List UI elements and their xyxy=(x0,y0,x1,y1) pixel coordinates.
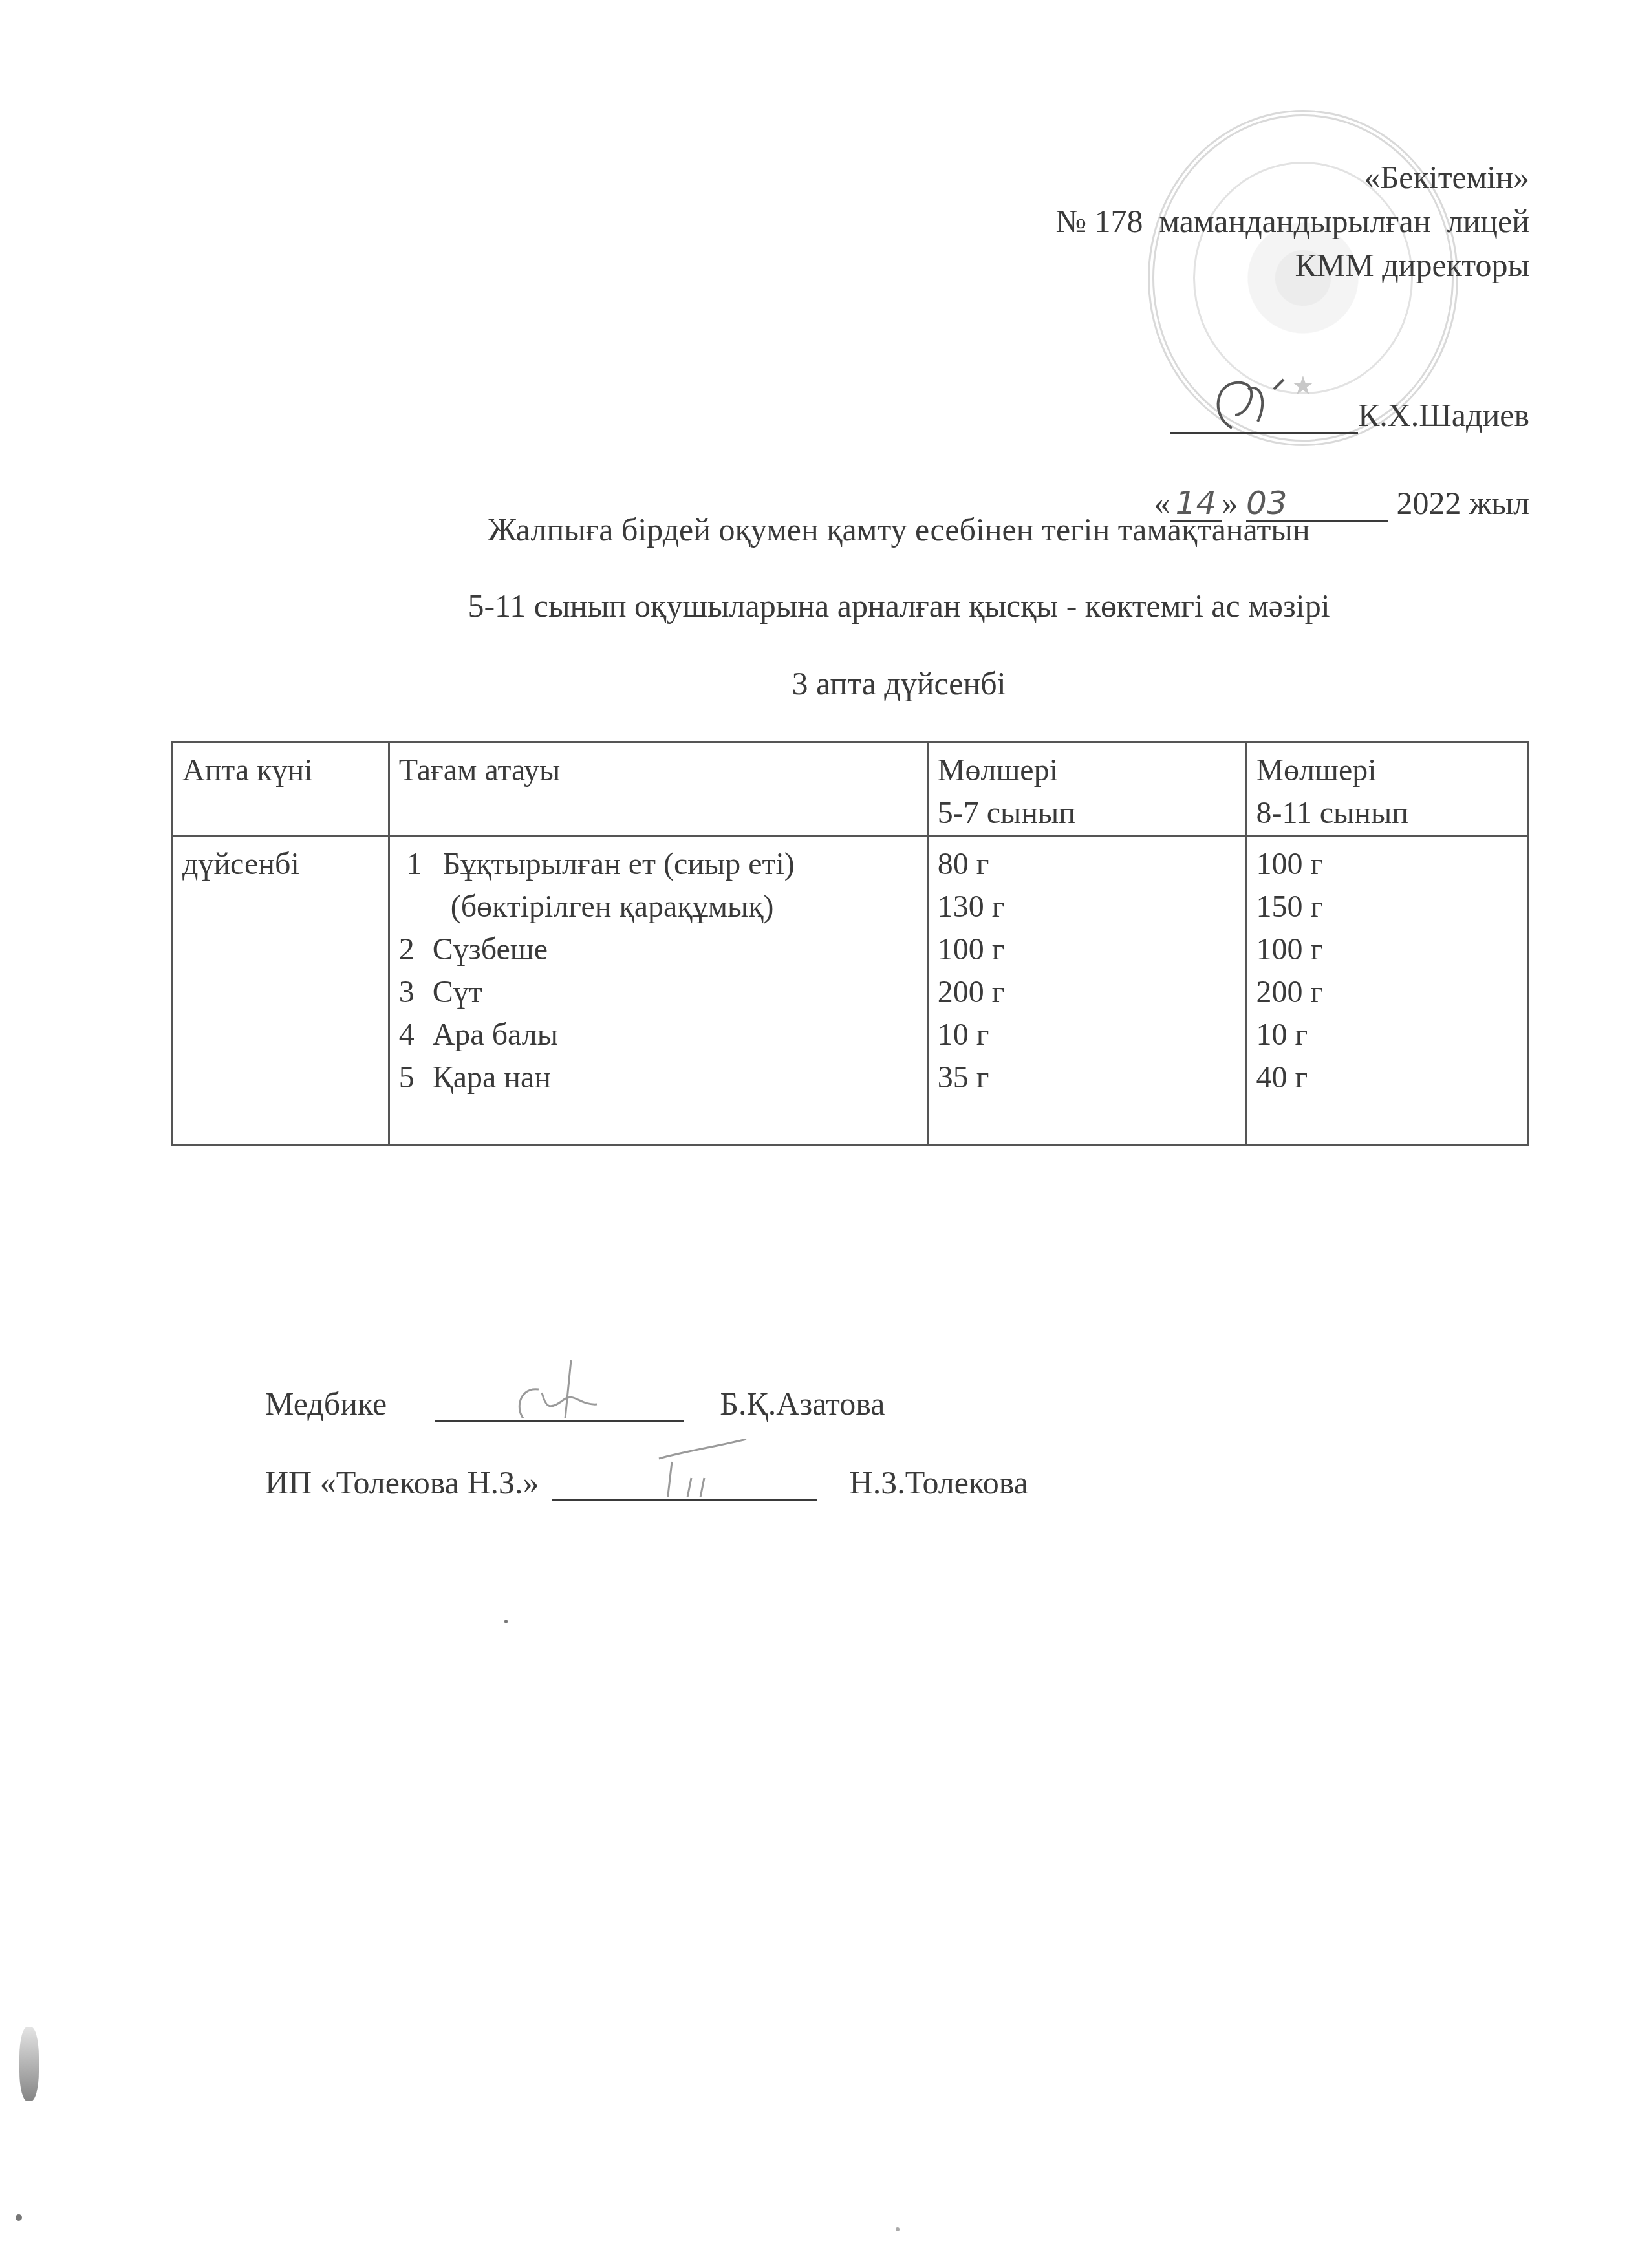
signature-line xyxy=(435,1384,684,1422)
director-position: КММ директоры xyxy=(1055,243,1529,287)
signature-scribble-icon xyxy=(1170,376,1358,434)
signature-scribble-icon xyxy=(552,1439,817,1497)
date-year: 2022 жыл xyxy=(1396,485,1529,521)
cell-day: дүйсенбі xyxy=(173,836,389,1145)
signer-name: Б.Қ.Азатова xyxy=(720,1385,885,1422)
dish-item: 2Сүзбеше xyxy=(399,928,918,971)
dish-item-note: (бөктірілген қарақұмық) xyxy=(399,886,918,928)
date-month: 03 xyxy=(1246,486,1388,522)
approval-block: «Бекітемін» № 178 мамандандырылған лицей… xyxy=(1055,155,1529,525)
approved-label: «Бекітемін» xyxy=(1055,155,1529,199)
header-dish: Тағам атауы xyxy=(389,742,927,836)
title-line-2: 5-11 сынып оқушыларына арналған қысқы - … xyxy=(0,587,1649,625)
signature-scribble-icon xyxy=(435,1360,684,1418)
signer-role: Медбике xyxy=(265,1385,387,1422)
table-row: дүйсенбі 1Бұқтырылған ет (сиыр еті) (бөк… xyxy=(173,836,1529,1145)
dish-item: 4Ара балы xyxy=(399,1014,918,1056)
table-header-row: Апта күні Тағам атауы Мөлшері 5-7 сынып … xyxy=(173,742,1529,836)
dish-item: 1Бұқтырылған ет (сиыр еті) xyxy=(399,843,918,886)
approval-date: «14» 03 2022 жыл xyxy=(1055,481,1529,525)
director-signature-line: К.Х.Шадиев xyxy=(1055,287,1529,481)
header-qty-5-7: Мөлшері 5-7 сынып xyxy=(927,742,1246,836)
signer-name: Н.З.Толекова xyxy=(850,1464,1028,1501)
title-line-3: 3 апта дүйсенбі xyxy=(0,665,1649,702)
date-day: 14 xyxy=(1170,486,1222,522)
director-name: К.Х.Шадиев xyxy=(1358,397,1529,433)
scan-artifact xyxy=(16,2214,22,2221)
scan-artifact xyxy=(896,2227,900,2231)
scan-artifact xyxy=(504,1620,508,1623)
cell-qty-8-11: 100 г 150 г 100 г 200 г 10 г 40 г xyxy=(1246,836,1529,1145)
dish-item: 3Сүт xyxy=(399,971,918,1014)
scan-artifact xyxy=(19,2027,39,2101)
institution-name: № 178 мамандандырылған лицей xyxy=(1055,199,1529,243)
dish-item: 5Қара нан xyxy=(399,1056,918,1099)
cell-dishes: 1Бұқтырылған ет (сиыр еті) (бөктірілген … xyxy=(389,836,927,1145)
signature-line xyxy=(552,1462,817,1501)
signer-role: ИП «Толекова Н.З.» xyxy=(265,1464,539,1501)
signature-supplier: ИП «Толекова Н.З.» Н.З.Толекова xyxy=(265,1462,1028,1501)
cell-qty-5-7: 80 г 130 г 100 г 200 г 10 г 35 г xyxy=(927,836,1246,1145)
signature-medbike: Медбике Б.Қ.Азатова xyxy=(265,1384,885,1422)
header-qty-8-11: Мөлшері 8-11 сынып xyxy=(1246,742,1529,836)
director-signature xyxy=(1170,331,1358,434)
header-day: Апта күні xyxy=(173,742,389,836)
menu-table: Апта күні Тағам атауы Мөлшері 5-7 сынып … xyxy=(171,741,1529,1146)
